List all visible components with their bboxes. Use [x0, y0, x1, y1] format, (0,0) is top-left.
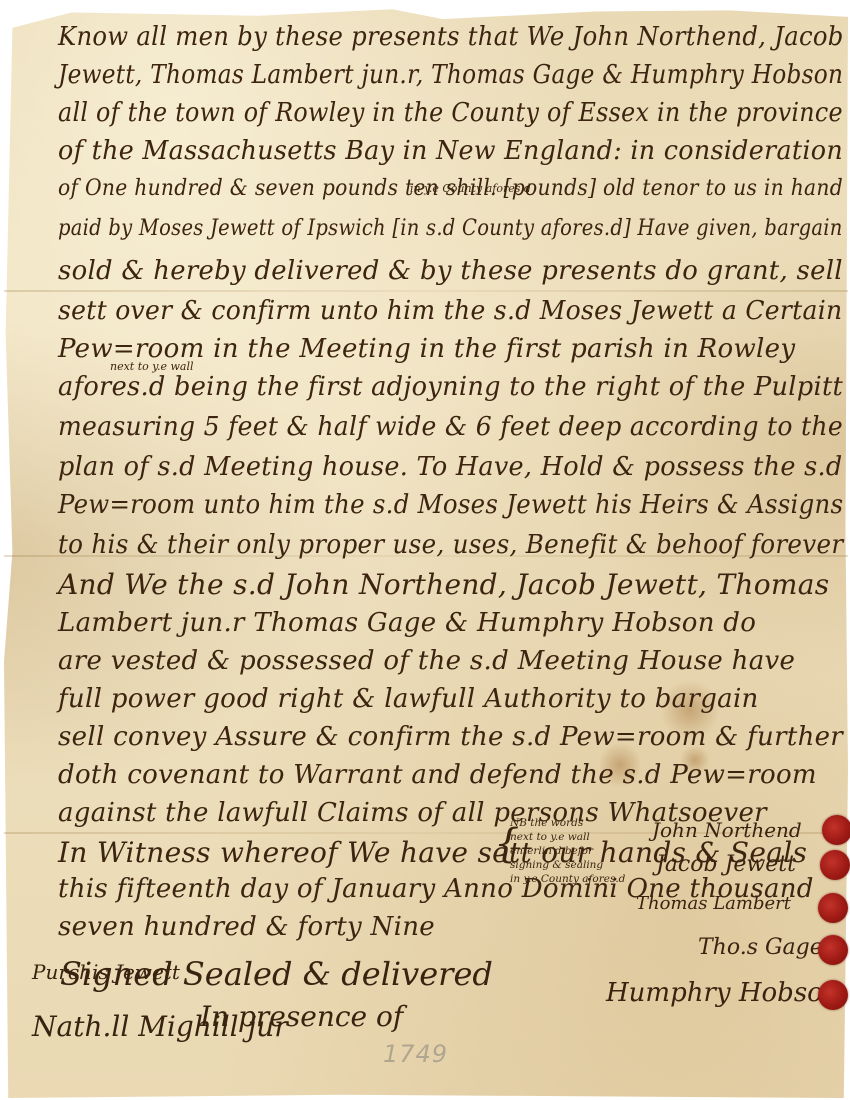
interlineation: in y.e County afores.d: [410, 182, 531, 195]
deed-line: afores.d being the first adjoyning to th…: [58, 372, 843, 402]
signature-john-northend: John Northend: [652, 818, 802, 842]
note-line: signing & sealing: [510, 858, 635, 872]
signature-thomas-gage: Tho.s Gage: [698, 935, 823, 960]
deed-line: Know all men by these presents that We J…: [58, 22, 844, 52]
deed-line: full power good right & lawfull Authorit…: [58, 684, 759, 714]
fold-crease: [4, 290, 848, 292]
wax-seal: [818, 935, 848, 965]
note-line: next to y.e wall: [510, 830, 635, 844]
signature-humphry-hobson: Humphry Hobson: [606, 978, 840, 1008]
deed-line: seven hundred & forty Nine: [58, 912, 435, 942]
wax-seal: [818, 893, 848, 923]
brace-mark: {: [494, 824, 519, 864]
witness-nathaniel-mighill: Nath.ll Mighill jur: [32, 1010, 288, 1043]
note-line: in y.e County afores.d: [510, 872, 635, 886]
deed-line: measuring 5 feet & half wide & 6 feet de…: [58, 412, 843, 442]
deed-line: Lambert jun.r Thomas Gage & Humphry Hobs…: [58, 608, 756, 638]
deed-line: sell convey Assure & confirm the s.d Pew…: [58, 722, 843, 752]
deed-line: to his & their only proper use, uses, Be…: [58, 530, 843, 560]
pencil-date-annotation: 1749: [383, 1040, 448, 1068]
deed-line: all of the town of Rowley in the County …: [58, 98, 843, 128]
wax-seal: [822, 815, 850, 845]
deed-line: sett over & confirm unto him the s.d Mos…: [58, 296, 842, 326]
deed-line: are vested & possessed of the s.d Meetin…: [58, 646, 795, 676]
note-line: NB the words: [510, 816, 635, 830]
witness-purchis-jewett: Purchis Jewett: [32, 960, 180, 984]
note-line: enterlin'd befor: [510, 844, 635, 858]
deed-line: And We the s.d John Northend, Jacob Jewe…: [58, 568, 829, 601]
signature-thomas-lambert: Thomas Lambert: [636, 893, 791, 914]
deed-line: paid by Moses Jewett of Ipswich [in s.d …: [58, 216, 843, 241]
wax-seal: [820, 850, 850, 880]
deed-line: plan of s.d Meeting house. To Have, Hold…: [58, 452, 843, 482]
deed-line: Pew=room unto him the s.d Moses Jewett h…: [58, 490, 843, 520]
deed-line: sold & hereby delivered & by these prese…: [58, 256, 843, 286]
signature-jacob-jewett: Jacob Jewett: [656, 852, 796, 877]
deed-line: of the Massachusetts Bay in New England:…: [58, 136, 843, 166]
wax-seal: [818, 980, 848, 1010]
marginal-note: { NB the words next to y.e wall enterlin…: [510, 816, 635, 886]
deed-line: Jewett, Thomas Lambert jun.r, Thomas Gag…: [58, 60, 843, 90]
deed-line: doth covenant to Warrant and defend the …: [58, 760, 817, 790]
interlineation: next to y.e wall: [110, 360, 194, 373]
